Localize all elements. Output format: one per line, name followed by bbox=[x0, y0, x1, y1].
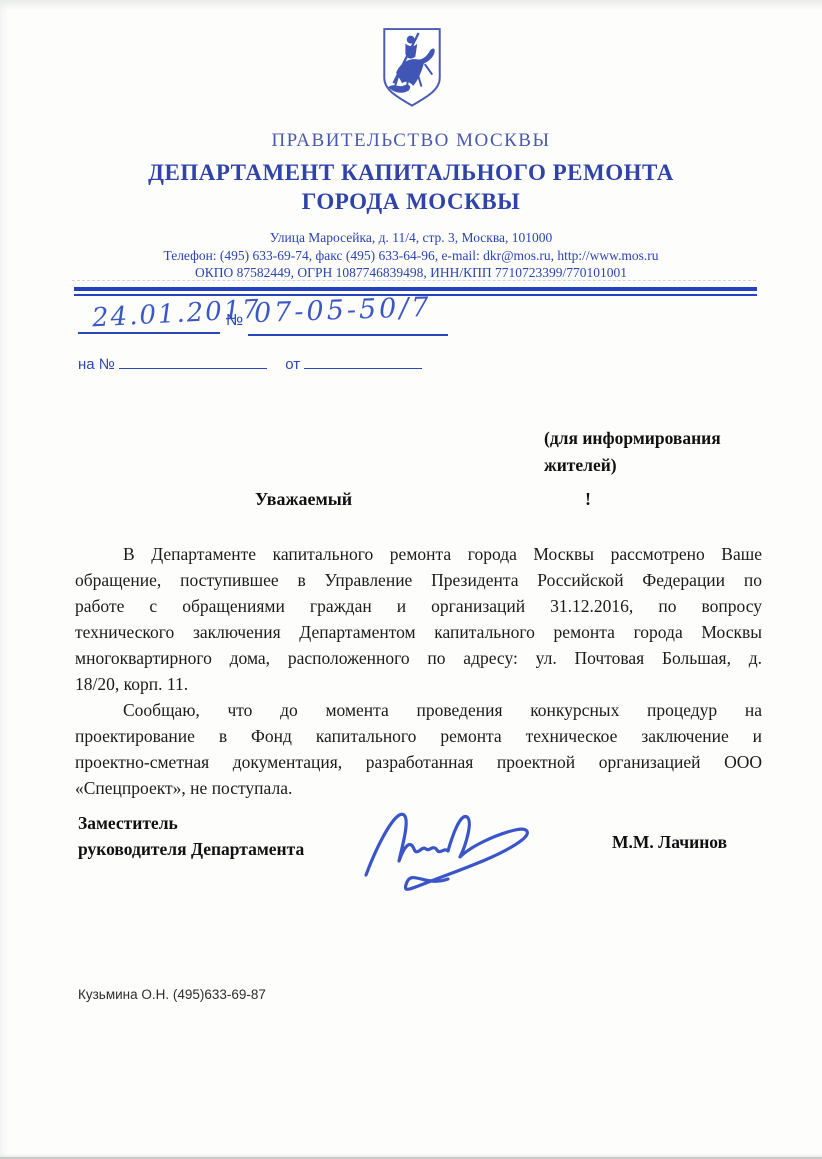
paragraph-line: многоквартирного дома, расположенного по… bbox=[75, 645, 762, 671]
number-sign-label: № bbox=[226, 312, 243, 330]
reply-reference-row: на № от bbox=[78, 355, 498, 373]
department-title: ДЕПАРТАМЕНТ КАПИТАЛЬНОГО РЕМОНТА ГОРОДА … bbox=[0, 158, 822, 216]
letterhead-contacts: Улица Маросейка, д. 11/4, стр. 3, Москва… bbox=[0, 229, 822, 282]
salutation-exclamation: ! bbox=[585, 489, 591, 510]
letterhead-phone-email: Телефон: (495) 633-69-74, факс (495) 633… bbox=[0, 247, 822, 265]
signer-position-line2: руководителя Департамента bbox=[78, 836, 348, 862]
reply-from-blank bbox=[304, 355, 422, 369]
paragraph-line: Сообщаю, что до момента проведения конку… bbox=[75, 697, 762, 723]
paragraph: В Департаменте капитального ремонта горо… bbox=[75, 541, 762, 697]
government-title: ПРАВИТЕЛЬСТВО МОСКВЫ bbox=[0, 130, 822, 152]
handwritten-signature-icon bbox=[352, 795, 542, 897]
paragraph-line: работе с обращениями граждан и организац… bbox=[75, 593, 762, 619]
paragraph-line: обращение, поступившее в Управление През… bbox=[75, 567, 762, 593]
salutation: Уважаемый ! bbox=[255, 489, 655, 510]
paragraph-line: проектирование в Фонд капитального ремон… bbox=[75, 723, 762, 749]
paragraph-line: проектно-сметная документация, разработа… bbox=[75, 749, 762, 775]
paragraph-line: технического заключения Департаментом ка… bbox=[75, 619, 762, 645]
letterhead-rule-thick bbox=[74, 287, 757, 291]
letterhead-requisites: ОКПО 87582449, ОГРН 1087746839498, ИНН/К… bbox=[0, 264, 822, 282]
moscow-coat-of-arms-icon bbox=[379, 24, 445, 112]
paragraph-line: 18/20, корп. 11. bbox=[75, 671, 762, 697]
signer-position-line1: Заместитель bbox=[78, 810, 348, 836]
department-title-line2: ГОРОДА МОСКВЫ bbox=[0, 187, 822, 216]
handwritten-outgoing-number: 07-05-50/7 bbox=[254, 292, 433, 329]
reply-from-label: от bbox=[285, 356, 300, 373]
info-note: (для информирования жителей) bbox=[544, 425, 764, 479]
paragraph: Сообщаю, что до момента проведения конку… bbox=[75, 697, 762, 801]
letter-body: В Департаменте капитального ремонта горо… bbox=[75, 541, 762, 801]
info-note-line1: (для информирования bbox=[544, 425, 764, 452]
reply-no-blank bbox=[119, 355, 267, 369]
executor-contact: Кузьмина О.Н. (495)633-69-87 bbox=[78, 987, 266, 1002]
info-note-line2: жителей) bbox=[544, 452, 764, 479]
letterhead-dotted-rule bbox=[72, 280, 756, 281]
letterhead-address: Улица Маросейка, д. 11/4, стр. 3, Москва… bbox=[0, 229, 822, 247]
reply-no-label: на № bbox=[78, 356, 115, 373]
department-title-line1: ДЕПАРТАМЕНТ КАПИТАЛЬНОГО РЕМОНТА bbox=[0, 158, 822, 187]
salutation-word: Уважаемый bbox=[255, 489, 352, 509]
scanned-letter-page: ПРАВИТЕЛЬСТВО МОСКВЫ ДЕПАРТАМЕНТ КАПИТАЛ… bbox=[0, 0, 822, 1159]
paragraph-line: В Департаменте капитального ремонта горо… bbox=[75, 541, 762, 567]
signer-position: Заместитель руководителя Департамента bbox=[78, 810, 348, 862]
signer-name: М.М. Лачинов bbox=[612, 832, 727, 853]
